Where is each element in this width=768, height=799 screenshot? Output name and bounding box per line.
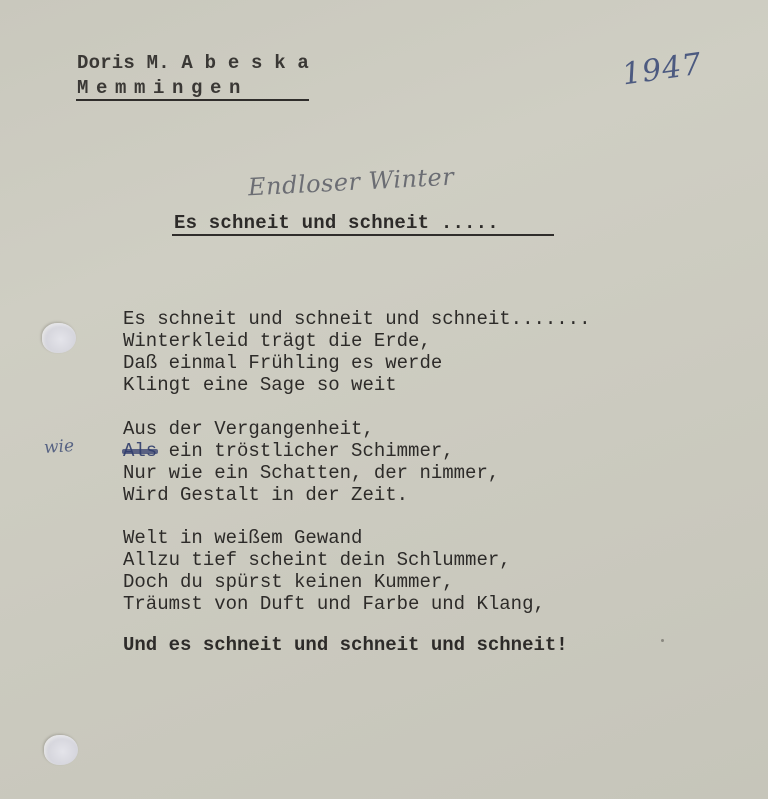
stanza-2: Aus der Vergangenheit, Als ein tröstlich… (123, 418, 499, 506)
poem-line: Wird Gestalt in der Zeit. (123, 484, 499, 506)
punch-hole-bottom (44, 735, 78, 765)
handwritten-title: Endloser Winter (247, 163, 454, 202)
stanza-1: Es schneit und schneit und schneit......… (123, 308, 590, 396)
poem-line: Nur wie ein Schatten, der nimmer, (123, 462, 499, 484)
poem-line: Klingt eine Sage so weit (123, 374, 590, 396)
author-city: Memmingen (77, 77, 248, 99)
poem-line: Es schneit und schneit und schneit......… (123, 308, 590, 330)
poem-line: Daß einmal Frühling es werde (123, 352, 590, 374)
author-name: Doris M. A b e s k a (77, 52, 309, 74)
punch-hole-top (42, 323, 76, 353)
handwritten-year: 1947 (620, 47, 704, 93)
title-underline (172, 234, 554, 236)
poem-line: Welt in weißem Gewand (123, 527, 545, 549)
line-remainder: ein tröstlicher Schimmer, (157, 440, 453, 462)
margin-correction: wie (43, 436, 74, 458)
poem-line-corrected: Als ein tröstlicher Schimmer, (123, 440, 499, 462)
poem-line: Doch du spürst keinen Kummer, (123, 571, 545, 593)
poem-line: Allzu tief scheint dein Schlummer, (123, 549, 545, 571)
poem-title: Es schneit und schneit ..... (174, 212, 499, 234)
poem-line: Träumst von Duft und Farbe und Klang, (123, 593, 545, 615)
poem-line: Winterkleid trägt die Erde, (123, 330, 590, 352)
poem-closing-line: Und es schneit und schneit und schneit! (123, 634, 568, 656)
stanza-3: Welt in weißem Gewand Allzu tief scheint… (123, 527, 545, 615)
poem-line: Aus der Vergangenheit, (123, 418, 499, 440)
struck-word: Als (123, 440, 157, 462)
typed-page: Doris M. A b e s k a Memmingen 1947 Endl… (0, 0, 768, 799)
stanza-4: Und es schneit und schneit und schneit! (123, 634, 568, 656)
paper-speck (661, 639, 664, 642)
city-underline (76, 99, 309, 101)
